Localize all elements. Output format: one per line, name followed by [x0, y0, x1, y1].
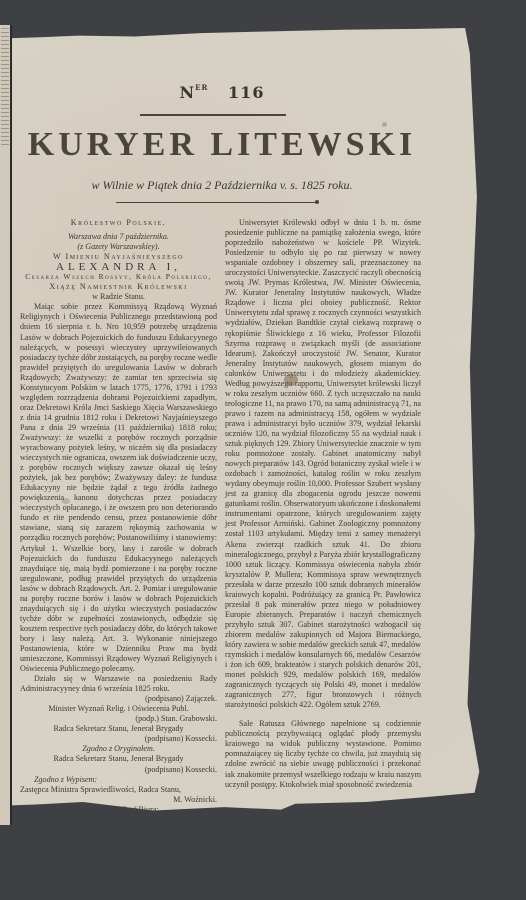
signature-line: Zgodno z Wypisem:	[20, 775, 217, 785]
right-column: Uniwersytet Królewski odbył w dniu 1 b. …	[225, 218, 421, 790]
signature-line: Minister Wyznań Relig. i Oświecenia Publ…	[20, 704, 217, 714]
monarch-name: ALEXANDRA I,	[20, 262, 217, 272]
decree-issued: Działo się w Warszawie na posiedzeniu Ra…	[20, 674, 217, 694]
signature-line: (podpisano) Kossecki.	[20, 765, 217, 775]
invocation-line-3: Xiążę Namiestnik Królewski	[20, 282, 217, 292]
header-rule-top	[140, 114, 286, 116]
industry-exhibition: Sale Ratusza Głównego napełnione są codz…	[225, 719, 421, 789]
signature-line: (podpisano) Zajączek.	[20, 694, 217, 704]
adjacent-page-edge	[0, 25, 12, 825]
signature-line: Zastępca Ministra Sprawiedliwości, Radca…	[20, 785, 217, 795]
issue-number: NER 116	[12, 83, 432, 102]
signature-line: Zgodno z Oryginałem.	[20, 744, 217, 754]
signature-line: (podpisano) Kossecki.	[20, 734, 217, 744]
newspaper-page: NER 116 KURYER LITEWSKI w Wilnie w Piąte…	[12, 28, 484, 873]
newspaper-title: KURYER LITEWSKI	[12, 126, 432, 164]
left-column: Królestwo Polskie. Warszawa dnia 7 paźdz…	[20, 218, 217, 825]
ink-stain	[284, 374, 298, 386]
signature-line: Radca Sekretarz Stanu, Jenerał Brygady	[20, 724, 217, 734]
section-heading: Królestwo Polskie.	[20, 218, 217, 228]
university-report: Uniwersytet Królewski odbył w dniu 1 b. …	[225, 218, 421, 710]
news-source: (z Gazety Warszawskiey).	[20, 242, 217, 252]
signature-line: Za sekretarza Jeneralnego, Szef Biura:	[20, 805, 217, 815]
issue-prefix-sup: ER	[195, 83, 208, 92]
dateline: w Wilnie w Piątek dnia 2 Października v.…	[12, 178, 432, 193]
decree-body: Maiąc sobie przez Kommissyą Rządową Wyzn…	[20, 302, 217, 674]
signature-line: (podp.) Stan. Grabowski.	[20, 714, 217, 724]
issue-number-value: 116	[228, 83, 264, 102]
issue-prefix: N	[180, 83, 196, 102]
signature-line: K. Hoffmann.	[20, 815, 217, 825]
signature-line: M. Woźnicki.	[20, 795, 217, 805]
signature-line: Radca Sekretarz Stanu, Jenerał Brygady	[20, 754, 217, 764]
news-dateline: Warszawa dnia 7 października.	[20, 232, 217, 242]
ink-stain	[62, 498, 70, 504]
ink-stain	[382, 122, 387, 127]
invocation-line-2: Cesarza Wszech Rossyy, Króla Polskiego,	[20, 272, 217, 282]
invocation-line-4: w Radzie Stanu.	[20, 292, 217, 302]
header-rule-bottom	[116, 202, 316, 203]
